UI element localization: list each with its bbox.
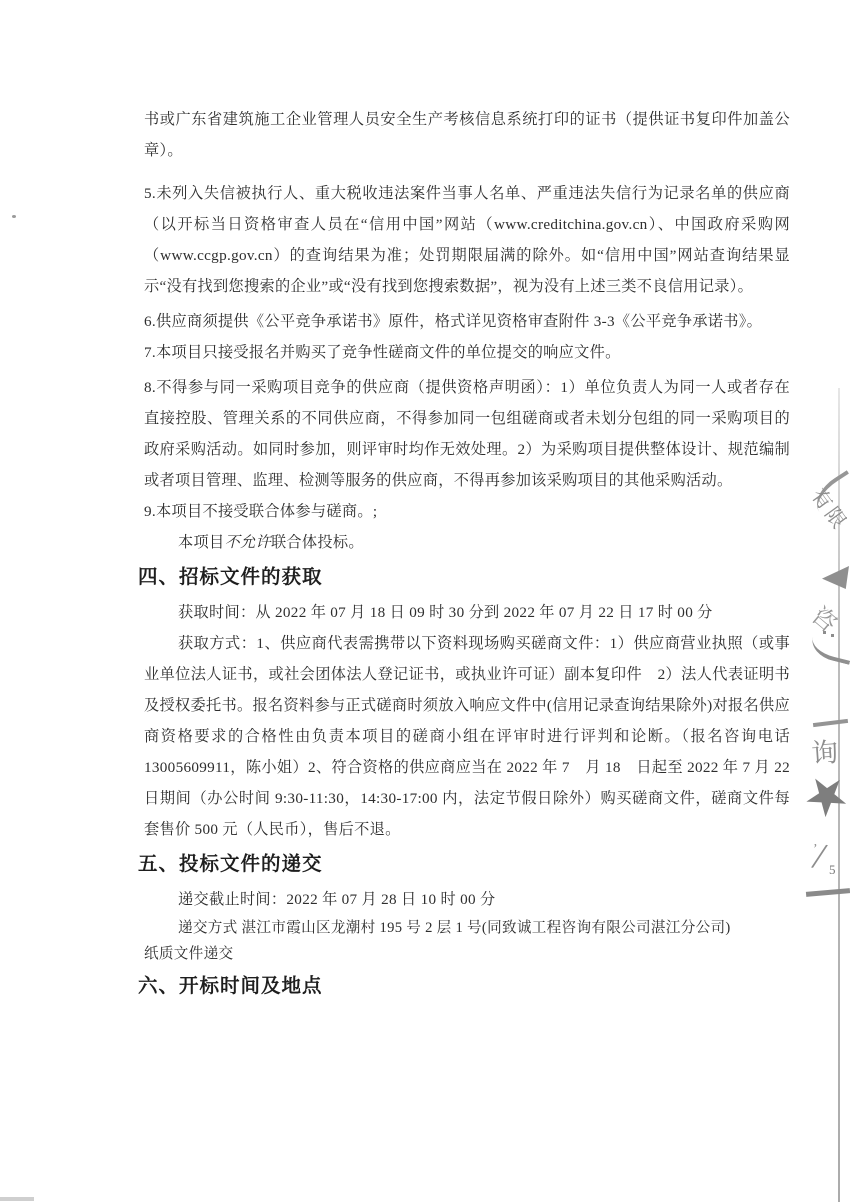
stamp-dot-icon [831,634,834,637]
para-obtain-method: 获取方式：1、供应商代表需携带以下资料现场购买磋商文件：1）供应商营业执照（或事… [144,628,790,845]
stamp-bar-icon [806,888,850,897]
stamp-text-fragment: 询 [810,730,840,771]
stamp-slash-mark: ʼ [812,843,817,857]
text-run: 本项目 [178,534,224,551]
heading-section-4: 四、招标文件的获取 [138,560,790,594]
para-cert-tail: 书或广东省建筑施工企业管理人员安全生产考核信息系统打印的证书（提供证书复印件加盖… [144,104,790,166]
stamp-arrow-icon [822,566,849,589]
para-item-7: 7.本项目只接受报名并购买了竞争性磋商文件的单位提交的响应文件。 [144,337,790,368]
para-item-5: 5.未列入失信被执行人、重大税收违法案件当事人名单、严重违法失信行为记录名单的供… [144,178,790,302]
stamp-arc-icon [808,637,850,665]
document-page: 书或广东省建筑施工企业管理人员安全生产考核信息系统打印的证书（提供证书复印件加盖… [0,0,850,1202]
para-item-6: 6.供应商须提供《公平竞争承诺书》原件，格式详见资格审查附件 3-3《公平竞争承… [144,306,790,337]
star-icon: ★ [796,767,850,825]
line-paper-delivery: 纸质文件递交 [144,941,790,967]
line-deadline: 递交截止时间：2022 年 07 月 28 日 10 时 00 分 [144,884,790,915]
emphasized-text: 不允许 [224,534,270,551]
stamp-text-fragment: 咨 [806,596,847,638]
para-item-8: 8.不得参与同一采购项目竞争的供应商（提供资格声明函）：1）单位负责人为同一人或… [144,372,790,496]
scan-smudge [0,1197,34,1201]
line-obtain-time: 获取时间：从 2022 年 07 月 18 日 09 时 30 分到 2022 … [144,597,790,628]
document-content: 书或广东省建筑施工企业管理人员安全生产考核信息系统打印的证书（提供证书复印件加盖… [144,104,790,1006]
heading-section-5: 五、投标文件的递交 [138,847,790,881]
scan-speck [12,215,16,218]
heading-section-6: 六、开标时间及地点 [138,969,790,1003]
note-no-consortium: 本项目不允许联合体投标。 [144,527,790,558]
line-delivery-method: 递交方式 湛江市霞山区龙潮村 195 号 2 层 1 号(同致诚工程咨询有限公司… [144,915,790,941]
stamp-dot-icon [823,631,826,634]
stamp-page-number: 5 [829,862,836,878]
stamp-bar-icon [813,719,848,727]
text-run: 联合体投标。 [271,534,364,551]
para-item-9: 9.本项目不接受联合体参与磋商。; [144,496,790,527]
